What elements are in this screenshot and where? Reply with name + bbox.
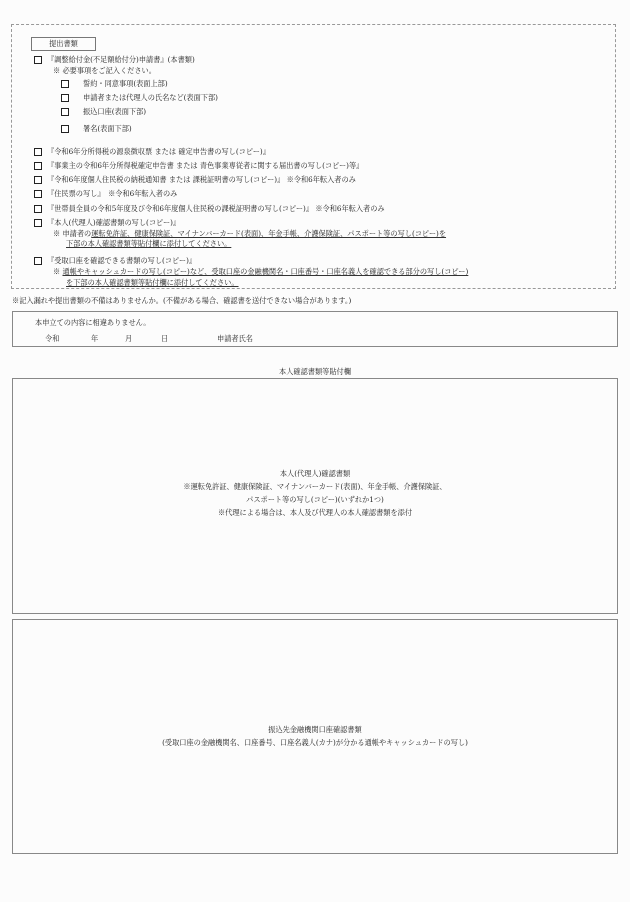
checklist-item-business-return[interactable]: 『事業主の令和6年分所得税確定申告書 または 青色事業専従者に関する届出書の写し…	[34, 161, 363, 171]
id-attach-title: 本人(代理人)確認書類	[13, 469, 617, 479]
id-item-note-line2: 下部の本人確認書類等貼付欄に添付してください。	[66, 239, 231, 249]
checklist-item-household-tax[interactable]: 『世帯員全員の令和5年度及び令和6年度個人住民税の課税証明書の写し(コピー)』 …	[34, 204, 385, 214]
year-field[interactable]: 年	[91, 334, 98, 344]
section-label: 提出書類	[31, 37, 96, 51]
checkbox[interactable]	[34, 176, 42, 184]
checkbox[interactable]	[61, 80, 69, 88]
bank-attach-title: 振込先金融機関口座確認書類	[13, 725, 617, 735]
bank-item-note-line2: を下部の本人確認書類等貼付欄に添付してください。	[66, 278, 239, 288]
checklist-item-application-form[interactable]: 『調整給付金(不足額給付分)申請書』(本書類)	[34, 55, 195, 65]
id-attach-line2: パスポート等の写し(コピー)(いずれか1つ)	[13, 495, 617, 505]
checkbox[interactable]	[34, 219, 42, 227]
id-attach-line3: ※代理による場合は、本人及び代理人の本人確認書類を添付	[13, 508, 617, 518]
day-field[interactable]: 日	[161, 334, 168, 344]
checklist-item-bank-copy[interactable]: 『受取口座を確認できる書類の写し(コピー)』	[34, 256, 196, 266]
checkbox[interactable]	[34, 190, 42, 198]
checkbox[interactable]	[61, 108, 69, 116]
sub-item-pledge[interactable]: 誓約・同意事項(表面上部)	[61, 79, 168, 89]
id-document-attach-area[interactable]: 本人(代理人)確認書類 ※運転免許証、健康保険証、マイナンバーカード(表面)、年…	[12, 378, 618, 614]
checkbox[interactable]	[34, 148, 42, 156]
checkbox[interactable]	[34, 162, 42, 170]
attach-section-title: 本人確認書類等貼付欄	[0, 367, 630, 377]
checkbox[interactable]	[34, 205, 42, 213]
checklist-item-id-copy[interactable]: 『本人(代理人)確認書類の写し(コピー)』	[34, 218, 180, 228]
checklist-item-tax-notice[interactable]: 『令和6年度個人住民税の納税通知書 または 課税証明書の写し(コピー)』 ※令和…	[34, 175, 356, 185]
bank-attach-line1: (受取口座の金融機関名、口座番号、口座名義人(カナ)が分かる通帳やキャッシュカー…	[13, 738, 617, 748]
checkbox[interactable]	[34, 257, 42, 265]
sub-item-name[interactable]: 申請者または代理人の氏名など(表面下部)	[61, 93, 218, 103]
checkbox[interactable]	[61, 94, 69, 102]
declaration-statement: 本申立ての内容に相違ありません。	[35, 318, 150, 328]
checklist-item-withholding[interactable]: 『令和6年分所得税の源泉徴収票 または 確定申告書の写し(コピー)』	[34, 147, 270, 157]
checkbox[interactable]	[34, 56, 42, 64]
applicant-name-field[interactable]: 申請者氏名	[217, 334, 253, 344]
main-item-note: ※ 必要事項をご記入ください。	[53, 66, 156, 76]
omission-warning: ※記入漏れや提出書類の不備はありませんか。(不備がある場合、確認書を送付できない…	[12, 296, 351, 306]
bank-item-note-line1: ※ 通帳やキャッシュカードの写し(コピー)など、受取口座の金融機関名・口座番号・…	[53, 267, 468, 277]
id-attach-line1: ※運転免許証、健康保険証、マイナンバーカード(表面)、年金手帳、介護保険証、	[13, 482, 617, 492]
month-field[interactable]: 月	[125, 334, 132, 344]
checklist-item-resident-record[interactable]: 『住民票の写し』 ※令和6年転入者のみ	[34, 189, 177, 199]
declaration-box: 本申立ての内容に相違ありません。 令和 年 月 日 申請者氏名	[12, 311, 618, 347]
bank-document-attach-area[interactable]: 振込先金融機関口座確認書類 (受取口座の金融機関名、口座番号、口座名義人(カナ)…	[12, 619, 618, 854]
id-item-note-line1: ※ 申請者の運転免許証、健康保険証、マイナンバーカード(表面)、年金手帳、介護保…	[53, 229, 446, 239]
checkbox[interactable]	[61, 125, 69, 133]
era-label: 令和	[45, 334, 59, 344]
sub-item-account[interactable]: 振込口座(表面下部)	[61, 107, 146, 117]
sub-item-signature[interactable]: 署名(表面下部)	[61, 124, 132, 134]
